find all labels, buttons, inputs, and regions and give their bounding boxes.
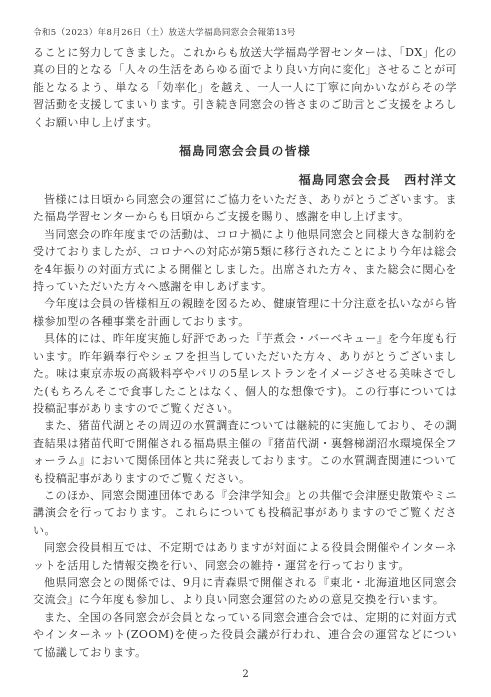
letter-paragraph: 具体的には、昨年度実施し好評であった『芋煮会・バーベキュー』を今年度も行います。… [33,330,457,417]
letter-signature: 福島同窓会会長 西村洋文 [33,171,457,188]
letter-paragraph: 他県同窓会との関係では、9月に青森県で開催される『東北・北海道地区同窓会交流会』… [33,574,457,609]
letter-paragraph: 皆様には日頃から同窓会の運営にご協力をいただき、ありがとうございます。また福島学… [33,191,457,226]
page-number: 2 [0,669,491,680]
masthead-issue-line: 令和5（2023）年8月26日（土）放送大学福島同窓会会報第13号 [33,26,457,38]
letter-paragraph: 当同窓会の昨年度までの活動は、コロナ禍により他県同窓会と同様大きな制約を受けてお… [33,226,457,296]
continued-article-paragraph: ることに努力してきました。これからも放送大学福島学習センターは、「DX」化の真の… [33,44,457,131]
letter-paragraph: また、全国の各同窓会が会員となっている同窓会連合会では、定期的に対面方式やインタ… [33,609,457,661]
letter-paragraph: 同窓会役員相互では、不定期ではありますが対面による役員会開催やインターネットを活… [33,539,457,574]
newsletter-page: 令和5（2023）年8月26日（土）放送大学福島同窓会会報第13号 ることに努力… [0,0,491,697]
letter-paragraph: また、猪苗代湖とその周辺の水質調査については継続的に実施しており、その調査結果は… [33,417,457,487]
letter-heading: 福島同窓会会員の皆様 [33,142,457,159]
letter-paragraph: 今年度は会員の皆様相互の親睦を図るため、健康管理に十分注意を払いながら皆様参加型… [33,295,457,330]
letter-paragraph: このほか、同窓会関連団体である『会津学知会』との共催で会津歴史散策やミニ講演会を… [33,487,457,539]
